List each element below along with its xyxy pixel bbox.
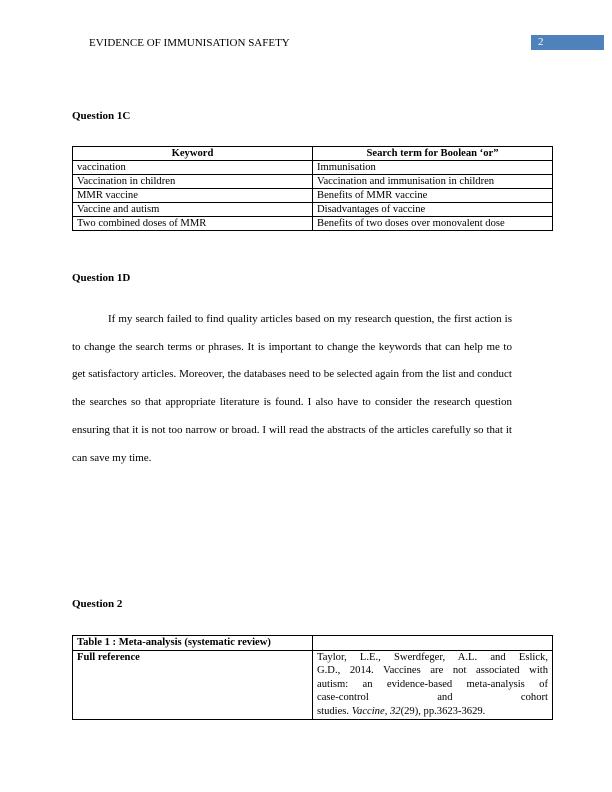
table-row: Vaccination in children Vaccination and … — [73, 175, 553, 189]
question-1d-heading: Question 1D — [72, 272, 130, 284]
table-row: MMR vaccine Benefits of MMR vaccine — [73, 189, 553, 203]
search-term-cell: Immunisation — [313, 161, 553, 175]
reference-line: autism: an evidence-based meta-analysis … — [317, 678, 548, 692]
column-header-keyword: Keyword — [73, 147, 313, 161]
keyword-cell: vaccination — [73, 161, 313, 175]
running-header-title: EVIDENCE OF IMMUNISATION SAFETY — [89, 37, 290, 49]
meta-analysis-title-value — [313, 636, 553, 651]
reference-line: G.D., 2014. Vaccines are not associated … — [317, 664, 548, 678]
reference-line: Taylor, L.E., Swerdfeger, A.L. and Eslic… — [317, 651, 548, 665]
reference-line: case-control and cohort — [317, 691, 548, 705]
table-row: Two combined doses of MMR Benefits of tw… — [73, 217, 553, 231]
question-1d-paragraph: If my search failed to find quality arti… — [72, 306, 512, 472]
keyword-cell: Vaccine and autism — [73, 203, 313, 217]
reference-volume: 32 — [390, 706, 401, 717]
keyword-cell: MMR vaccine — [73, 189, 313, 203]
question-1d-paragraph-text: If my search failed to find quality arti… — [72, 313, 512, 464]
meta-analysis-table: Table 1 : Meta-analysis (systematic revi… — [72, 635, 553, 720]
keyword-cell: Two combined doses of MMR — [73, 217, 313, 231]
full-reference-label: Full reference — [73, 650, 313, 719]
keyword-cell: Vaccination in children — [73, 175, 313, 189]
meta-analysis-table-title: Table 1 : Meta-analysis (systematic revi… — [73, 636, 313, 651]
search-term-cell: Benefits of two doses over monovalent do… — [313, 217, 553, 231]
question-1c-heading: Question 1C — [72, 110, 130, 122]
search-term-cell: Vaccination and immunisation in children — [313, 175, 553, 189]
page-number-badge: 2 — [531, 35, 604, 50]
full-reference-value: Taylor, L.E., Swerdfeger, A.L. and Eslic… — [313, 650, 553, 719]
reference-prefix: studies. — [317, 706, 352, 717]
table-row: Vaccine and autism Disadvantages of vacc… — [73, 203, 553, 217]
reference-journal: Vaccine — [352, 706, 385, 717]
search-term-cell: Benefits of MMR vaccine — [313, 189, 553, 203]
reference-issue-pages: (29), pp.3623-3629. — [401, 706, 486, 717]
table-row: vaccination Immunisation — [73, 161, 553, 175]
meta-analysis-title-row: Table 1 : Meta-analysis (systematic revi… — [73, 636, 553, 651]
reference-line: studies. Vaccine, 32(29), pp.3623-3629. — [317, 705, 548, 719]
keyword-table-header-row: Keyword Search term for Boolean ‘or” — [73, 147, 553, 161]
keyword-table: Keyword Search term for Boolean ‘or” vac… — [72, 146, 553, 231]
column-header-search-term: Search term for Boolean ‘or” — [313, 147, 553, 161]
full-reference-row: Full reference Taylor, L.E., Swerdfeger,… — [73, 650, 553, 719]
question-2-heading: Question 2 — [72, 598, 122, 610]
search-term-cell: Disadvantages of vaccine — [313, 203, 553, 217]
